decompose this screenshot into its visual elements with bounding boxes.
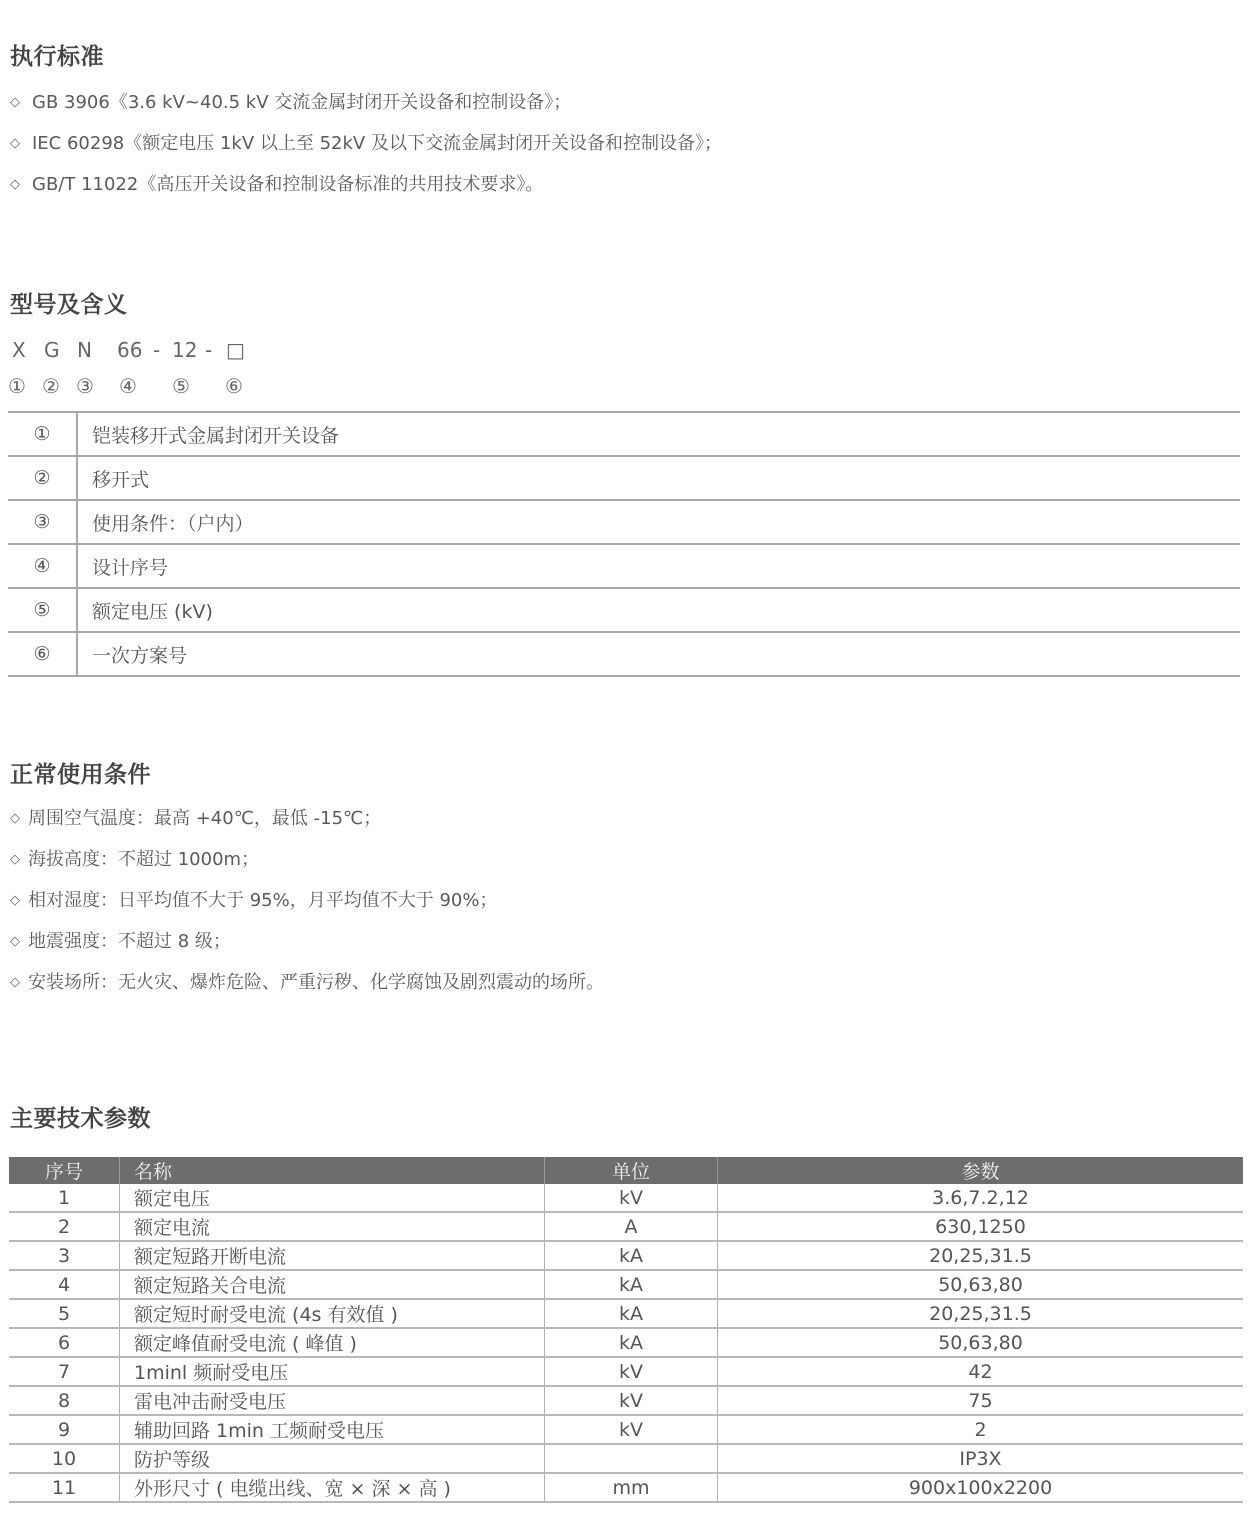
- diamond-bullet-icon: ◇: [10, 811, 20, 826]
- cell-value: 2: [718, 1415, 1244, 1444]
- diamond-bullet-icon: ◇: [10, 852, 20, 867]
- condition-item: ◇海拔高度：不超过 1000m；: [10, 845, 259, 871]
- cell-index: 4: [9, 1270, 120, 1299]
- marker: ⑤: [172, 374, 190, 398]
- cell-name: 防护等级: [120, 1444, 545, 1473]
- section-title-standards: 执行标准: [10, 38, 104, 71]
- diamond-bullet-icon: ◇: [10, 893, 20, 908]
- cell-name: 雷电冲击耐受电压: [120, 1386, 545, 1415]
- marker: ⑥: [225, 374, 243, 398]
- condition-item: ◇地震强度：不超过 8 级；: [10, 927, 231, 953]
- diamond-bullet-icon: ◇: [10, 934, 20, 949]
- standard-item: ◇GB 3906《3.6 kV~40.5 kV 交流金属封闭开关设备和控制设备》…: [10, 88, 571, 114]
- condition-item: ◇安装场所：无火灾、爆炸危险、严重污秽、化学腐蚀及剧烈震动的场所。: [10, 968, 604, 994]
- cell-unit: kV: [545, 1357, 718, 1386]
- code-part: G: [44, 338, 60, 362]
- table-header-row: 序号 名称 单位 参数: [9, 1157, 1243, 1184]
- section-title-conditions: 正常使用条件: [10, 756, 151, 789]
- cell-unit: kA: [545, 1241, 718, 1270]
- cell-value: 50,63,80: [718, 1270, 1244, 1299]
- cell-unit: kV: [545, 1184, 718, 1212]
- cell-name: 辅助回路 1min 工频耐受电压: [120, 1415, 545, 1444]
- cell-unit: kV: [545, 1386, 718, 1415]
- cell-name: 额定电流: [120, 1212, 545, 1241]
- standard-item: ◇IEC 60298《额定电压 1kV 以上至 52kV 及以下交流金属封闭开关…: [10, 129, 722, 155]
- table-row: ⑥一次方案号: [8, 632, 1240, 676]
- col-header-name: 名称: [120, 1157, 545, 1184]
- standard-text: GB/T 11022《高压开关设备和控制设备标准的共用技术要求》。: [32, 174, 543, 195]
- cell-index: 6: [9, 1328, 120, 1357]
- cell-name: 1minl 频耐受电压: [120, 1357, 545, 1386]
- table-row: ④设计序号: [8, 544, 1240, 588]
- code-part: N: [77, 338, 92, 362]
- cell-unit: kA: [545, 1270, 718, 1299]
- table-row: 10防护等级IP3X: [9, 1444, 1243, 1473]
- cell-value: 900x100x2200: [718, 1473, 1244, 1502]
- cell-unit: [545, 1444, 718, 1473]
- meaning-num: ④: [8, 544, 77, 588]
- meaning-text: 铠装移开式金属封闭开关设备: [77, 412, 1240, 456]
- standard-item: ◇GB/T 11022《高压开关设备和控制设备标准的共用技术要求》。: [10, 170, 543, 196]
- marker: ④: [119, 374, 137, 398]
- standard-text: GB 3906《3.6 kV~40.5 kV 交流金属封闭开关设备和控制设备》；: [32, 92, 571, 113]
- meaning-num: ③: [8, 500, 77, 544]
- marker: ①: [8, 374, 26, 398]
- section-title-params: 主要技术参数: [10, 1100, 151, 1133]
- diamond-bullet-icon: ◇: [10, 136, 20, 151]
- condition-text: 地震强度：不超过 8 级；: [28, 931, 231, 952]
- table-row: ①铠装移开式金属封闭开关设备: [8, 412, 1240, 456]
- col-header-unit: 单位: [545, 1157, 718, 1184]
- cell-value: 42: [718, 1357, 1244, 1386]
- cell-name: 额定电压: [120, 1184, 545, 1212]
- table-row: 9辅助回路 1min 工频耐受电压kV2: [9, 1415, 1243, 1444]
- condition-item: ◇相对湿度：日平均值不大于 95%，月平均值不大于 90%；: [10, 886, 497, 912]
- cell-name: 外形尺寸 ( 电缆出线、宽 × 深 × 高 ): [120, 1473, 545, 1502]
- technical-params-table: 序号 名称 单位 参数 1额定电压kV3.6,7.2,12 2额定电流A630,…: [9, 1157, 1243, 1503]
- cell-unit: A: [545, 1212, 718, 1241]
- meaning-text: 移开式: [77, 456, 1240, 500]
- meaning-text: 设计序号: [77, 544, 1240, 588]
- code-part: X: [12, 338, 26, 362]
- meaning-text: 使用条件：（户内）: [77, 500, 1240, 544]
- cell-index: 11: [9, 1473, 120, 1502]
- cell-value: 50,63,80: [718, 1328, 1244, 1357]
- meaning-text: 一次方案号: [77, 632, 1240, 676]
- cell-unit: mm: [545, 1473, 718, 1502]
- cell-name: 额定峰值耐受电流 ( 峰值 ): [120, 1328, 545, 1357]
- diamond-bullet-icon: ◇: [10, 95, 20, 110]
- cell-value: IP3X: [718, 1444, 1244, 1473]
- table-row: ⑤额定电压 (kV): [8, 588, 1240, 632]
- table-row: 6额定峰值耐受电流 ( 峰值 )kA50,63,80: [9, 1328, 1243, 1357]
- table-row: 2额定电流A630,1250: [9, 1212, 1243, 1241]
- table-row: 4额定短路关合电流kA50,63,80: [9, 1270, 1243, 1299]
- diamond-bullet-icon: ◇: [10, 975, 20, 990]
- code-part: 66: [117, 338, 142, 362]
- condition-text: 海拔高度：不超过 1000m；: [28, 849, 259, 870]
- cell-name: 额定短路开断电流: [120, 1241, 545, 1270]
- cell-index: 5: [9, 1299, 120, 1328]
- table-row: 71minl 频耐受电压kV42: [9, 1357, 1243, 1386]
- cell-index: 1: [9, 1184, 120, 1212]
- code-part: -: [205, 338, 212, 362]
- cell-value: 20,25,31.5: [718, 1241, 1244, 1270]
- marker: ③: [76, 374, 94, 398]
- col-header-index: 序号: [9, 1157, 120, 1184]
- diamond-bullet-icon: ◇: [10, 177, 20, 192]
- table-row: ②移开式: [8, 456, 1240, 500]
- cell-name: 额定短时耐受电流 (4s 有效值 ): [120, 1299, 545, 1328]
- table-row: 3额定短路开断电流kA20,25,31.5: [9, 1241, 1243, 1270]
- cell-unit: kV: [545, 1415, 718, 1444]
- cell-value: 630,1250: [718, 1212, 1244, 1241]
- meaning-num: ②: [8, 456, 77, 500]
- table-row: 5额定短时耐受电流 (4s 有效值 )kA20,25,31.5: [9, 1299, 1243, 1328]
- cell-name: 额定短路关合电流: [120, 1270, 545, 1299]
- condition-text: 周围空气温度：最高 +40℃，最低 -15℃；: [28, 808, 381, 829]
- cell-value: 75: [718, 1386, 1244, 1415]
- col-header-value: 参数: [718, 1157, 1244, 1184]
- meaning-num: ⑤: [8, 588, 77, 632]
- section-title-model: 型号及含义: [10, 286, 128, 319]
- meaning-num: ⑥: [8, 632, 77, 676]
- cell-value: 20,25,31.5: [718, 1299, 1244, 1328]
- cell-index: 3: [9, 1241, 120, 1270]
- cell-index: 10: [9, 1444, 120, 1473]
- cell-index: 7: [9, 1357, 120, 1386]
- condition-text: 安装场所：无火灾、爆炸危险、严重污秽、化学腐蚀及剧烈震动的场所。: [28, 972, 604, 993]
- cell-index: 9: [9, 1415, 120, 1444]
- code-part: -: [153, 338, 160, 362]
- cell-unit: kA: [545, 1299, 718, 1328]
- code-part-placeholder: □: [226, 338, 245, 362]
- table-row: 11外形尺寸 ( 电缆出线、宽 × 深 × 高 )mm900x100x2200: [9, 1473, 1243, 1502]
- table-row: ③使用条件：（户内）: [8, 500, 1240, 544]
- cell-index: 2: [9, 1212, 120, 1241]
- cell-unit: kA: [545, 1328, 718, 1357]
- standard-text: IEC 60298《额定电压 1kV 以上至 52kV 及以下交流金属封闭开关设…: [32, 133, 722, 154]
- marker: ②: [42, 374, 60, 398]
- meaning-num: ①: [8, 412, 77, 456]
- condition-item: ◇周围空气温度：最高 +40℃，最低 -15℃；: [10, 804, 381, 830]
- table-row: 1额定电压kV3.6,7.2,12: [9, 1184, 1243, 1212]
- code-part: 12: [172, 338, 197, 362]
- cell-value: 3.6,7.2,12: [718, 1184, 1244, 1212]
- meaning-text: 额定电压 (kV): [77, 588, 1240, 632]
- model-meaning-table: ①铠装移开式金属封闭开关设备 ②移开式 ③使用条件：（户内） ④设计序号 ⑤额定…: [8, 411, 1240, 677]
- table-row: 8雷电冲击耐受电压kV75: [9, 1386, 1243, 1415]
- cell-index: 8: [9, 1386, 120, 1415]
- condition-text: 相对湿度：日平均值不大于 95%，月平均值不大于 90%；: [28, 890, 497, 911]
